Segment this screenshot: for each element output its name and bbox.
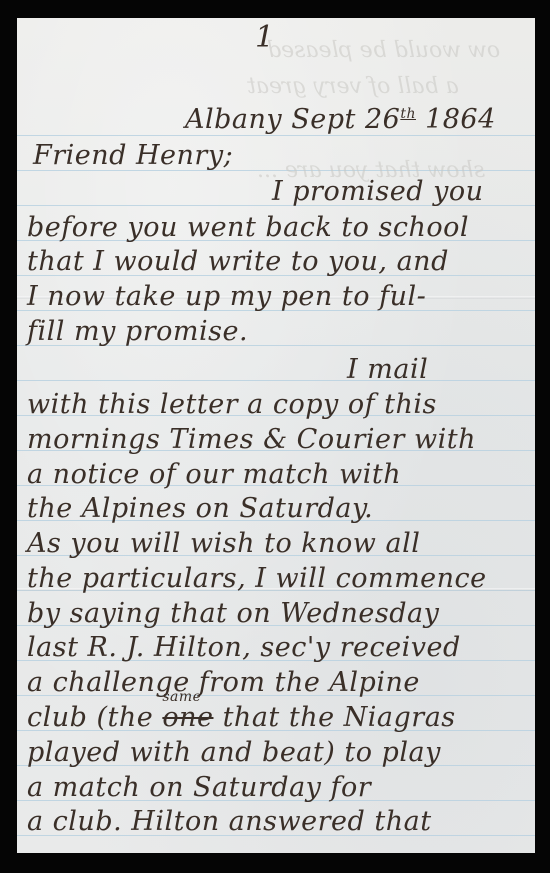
place: Albany <box>185 104 282 135</box>
letter-line: last R. J. Hilton, sec'y received <box>27 634 461 661</box>
letter-line: before you went back to school <box>27 214 469 241</box>
year: 1864 <box>425 104 496 135</box>
letter-line: a challenge from the Alpine <box>27 669 420 696</box>
struck-word: same one <box>162 704 213 731</box>
letter-line: As you will wish to know all <box>27 530 420 557</box>
letter-line: a club. Hilton answered that <box>27 808 432 835</box>
letter-line: I mail <box>347 356 428 383</box>
bleed-through-text: a ball of very great <box>247 74 459 99</box>
letter-line: by saying that on Wednesday <box>27 600 439 627</box>
letter-line-with-correction: club (the same one that the Niagras <box>27 704 456 731</box>
salutation: Friend Henry; <box>33 142 233 169</box>
bleed-through-text: ow would be pleased <box>267 38 500 63</box>
letter-line: mornings Times & Courier with <box>27 426 476 453</box>
letter-line: with this letter a copy of this <box>27 391 437 418</box>
ruled-line <box>17 135 535 136</box>
letter-line: that I would write to you, and <box>27 248 449 275</box>
letter-page: ow would be pleased a ball of very great… <box>17 18 535 853</box>
ruled-line <box>17 380 535 381</box>
letter-line: I now take up my pen to ful- <box>27 283 426 310</box>
letter-line: a match on Saturday for <box>27 774 371 801</box>
letter-line: I promised you <box>272 178 484 205</box>
letter-line: a notice of our match with <box>27 461 401 488</box>
date-suffix: th <box>400 106 416 122</box>
letter-line: the Alpines on Saturday. <box>27 495 373 522</box>
inserted-word: same <box>162 690 201 704</box>
letter-line: played with and beat) to play <box>27 739 441 766</box>
letter-line: the particulars, I will commence <box>27 565 487 592</box>
date: Sept 26 <box>291 104 400 135</box>
page-number: 1 <box>255 20 274 55</box>
date-line: Albany Sept 26th 1864 <box>185 106 496 133</box>
letter-line: fill my promise. <box>27 318 248 345</box>
